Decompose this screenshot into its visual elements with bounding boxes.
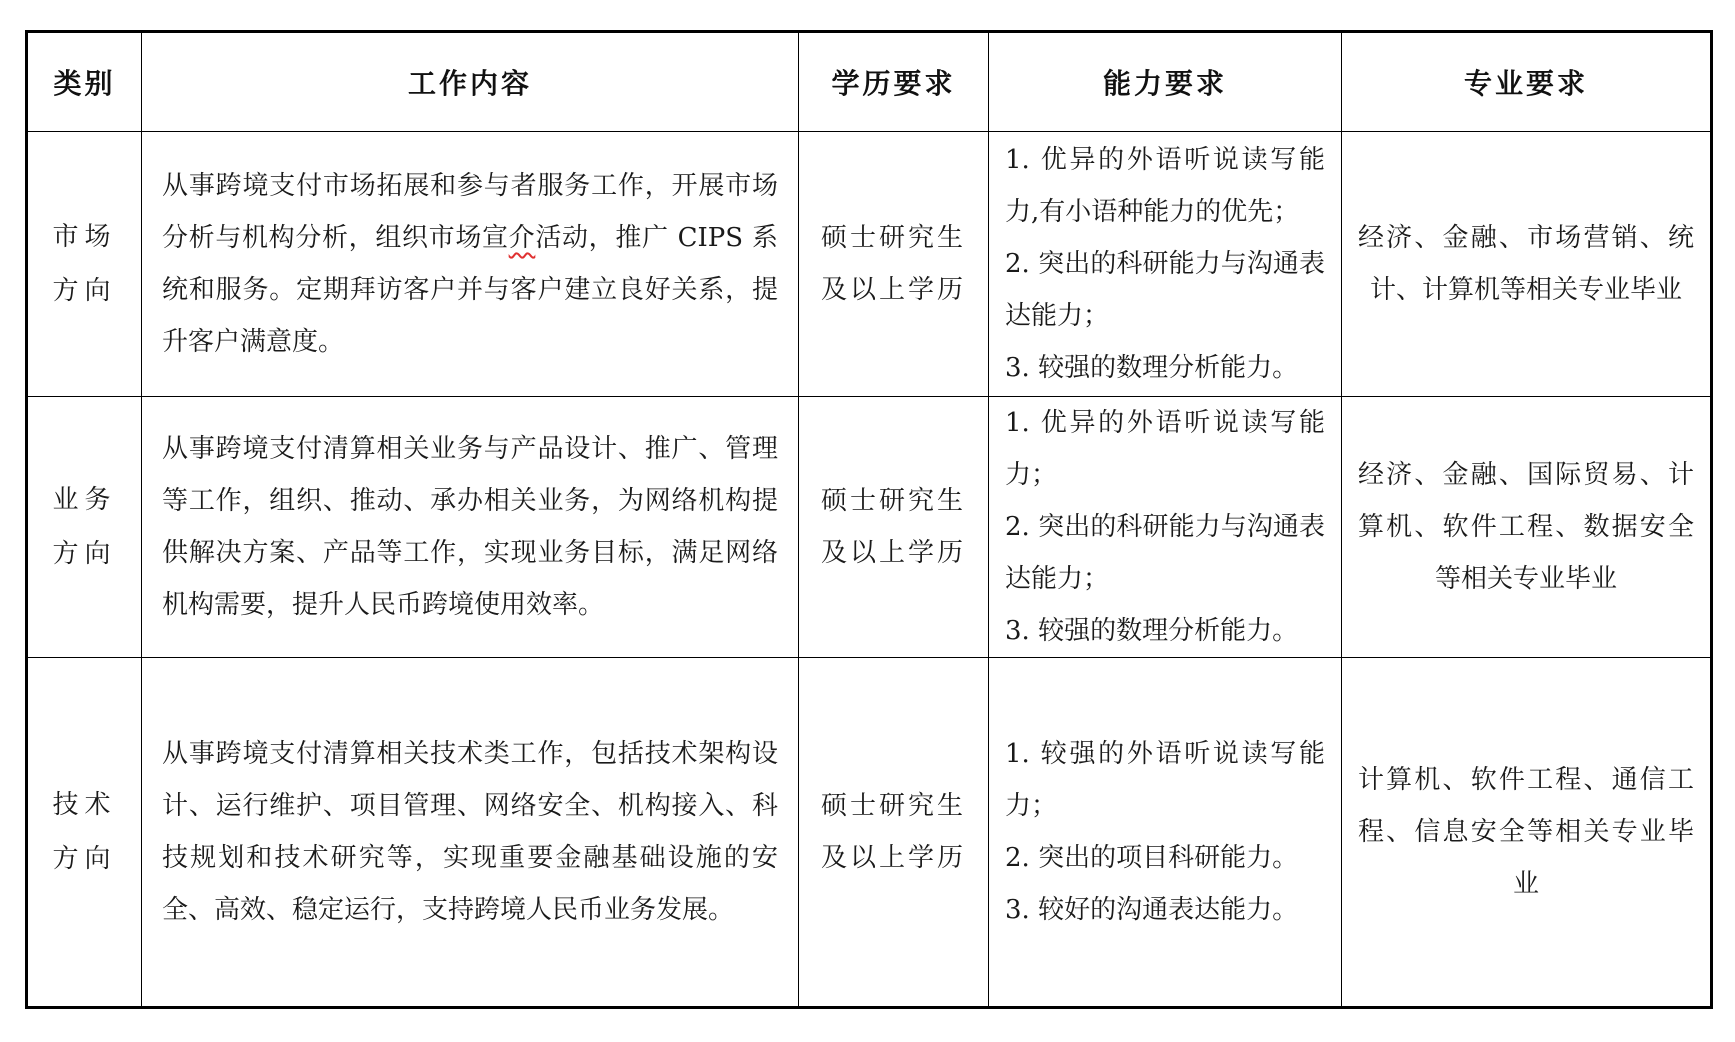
category-cell: 技术 方向 [27,658,142,1008]
header-category: 类别 [27,32,142,132]
major-cell: 计算机、软件工程、通信工程、信息安全等相关专业毕业 [1342,658,1712,1008]
ability-item: 2. 突出的科研能力与沟通表达能力； [1005,238,1325,342]
ability-item: 3. 较强的数理分析能力。 [1005,605,1325,657]
ability-cell: 1. 优异的外语听说读写能力,有小语种能力的优先； 2. 突出的科研能力与沟通表… [989,132,1342,397]
education-cell: 硕士研究生 及以上学历 [799,658,989,1008]
table-row-business: 业务 方向 从事跨境支付清算相关业务与产品设计、推广、管理等工作，组织、推动、承… [27,397,1712,658]
table-row-market: 市场 方向 从事跨境支付市场拓展和参与者服务工作，开展市场分析与机构分析，组织市… [27,132,1712,397]
work-content-cell: 从事跨境支付清算相关技术类工作，包括技术架构设计、运行维护、项目管理、网络安全、… [142,658,799,1008]
work-content-cell: 从事跨境支付清算相关业务与产品设计、推广、管理等工作，组织、推动、承办相关业务，… [142,397,799,658]
education-cell: 硕士研究生 及以上学历 [799,397,989,658]
job-requirements-table: 类别 工作内容 学历要求 能力要求 专业要求 市场 方向 从事跨境支付市场拓展和… [25,30,1713,1009]
work-text: 从事跨境支付清算相关业务与产品设计、推广、管理等工作，组织、推动、承办相关业务，… [162,434,778,620]
header-ability-requirement: 能力要求 [989,32,1342,132]
ability-item: 1. 优异的外语听说读写能力,有小语种能力的优先； [1005,134,1325,238]
ability-item: 2. 突出的科研能力与沟通表达能力； [1005,501,1325,605]
table-header-row: 类别 工作内容 学历要求 能力要求 专业要求 [27,32,1712,132]
work-content-cell: 从事跨境支付市场拓展和参与者服务工作，开展市场分析与机构分析，组织市场宣介活动，… [142,132,799,397]
work-text: 从事跨境支付清算相关技术类工作，包括技术架构设计、运行维护、项目管理、网络安全、… [162,739,778,925]
ability-item: 3. 较强的数理分析能力。 [1005,342,1325,394]
header-work-content: 工作内容 [142,32,799,132]
education-cell: 硕士研究生 及以上学历 [799,132,989,397]
ability-item: 1. 较强的外语听说读写能力； [1005,728,1325,832]
major-cell: 经济、金融、国际贸易、计算机、软件工程、数据安全等相关专业毕业 [1342,397,1712,658]
misspelled-word: 介 [509,223,536,253]
major-cell: 经济、金融、市场营销、统计、计算机等相关专业毕业 [1342,132,1712,397]
header-education-requirement: 学历要求 [799,32,989,132]
category-cell: 市场 方向 [27,132,142,397]
document-page: 类别 工作内容 学历要求 能力要求 专业要求 市场 方向 从事跨境支付市场拓展和… [0,0,1735,1042]
header-major-requirement: 专业要求 [1342,32,1712,132]
ability-item: 1. 优异的外语听说读写能力； [1005,397,1325,501]
ability-item: 2. 突出的项目科研能力。 [1005,832,1325,884]
ability-cell: 1. 优异的外语听说读写能力； 2. 突出的科研能力与沟通表达能力； 3. 较强… [989,397,1342,658]
category-cell: 业务 方向 [27,397,142,658]
table-row-technology: 技术 方向 从事跨境支付清算相关技术类工作，包括技术架构设计、运行维护、项目管理… [27,658,1712,1008]
ability-cell: 1. 较强的外语听说读写能力； 2. 突出的项目科研能力。 3. 较好的沟通表达… [989,658,1342,1008]
ability-item: 3. 较好的沟通表达能力。 [1005,884,1325,936]
